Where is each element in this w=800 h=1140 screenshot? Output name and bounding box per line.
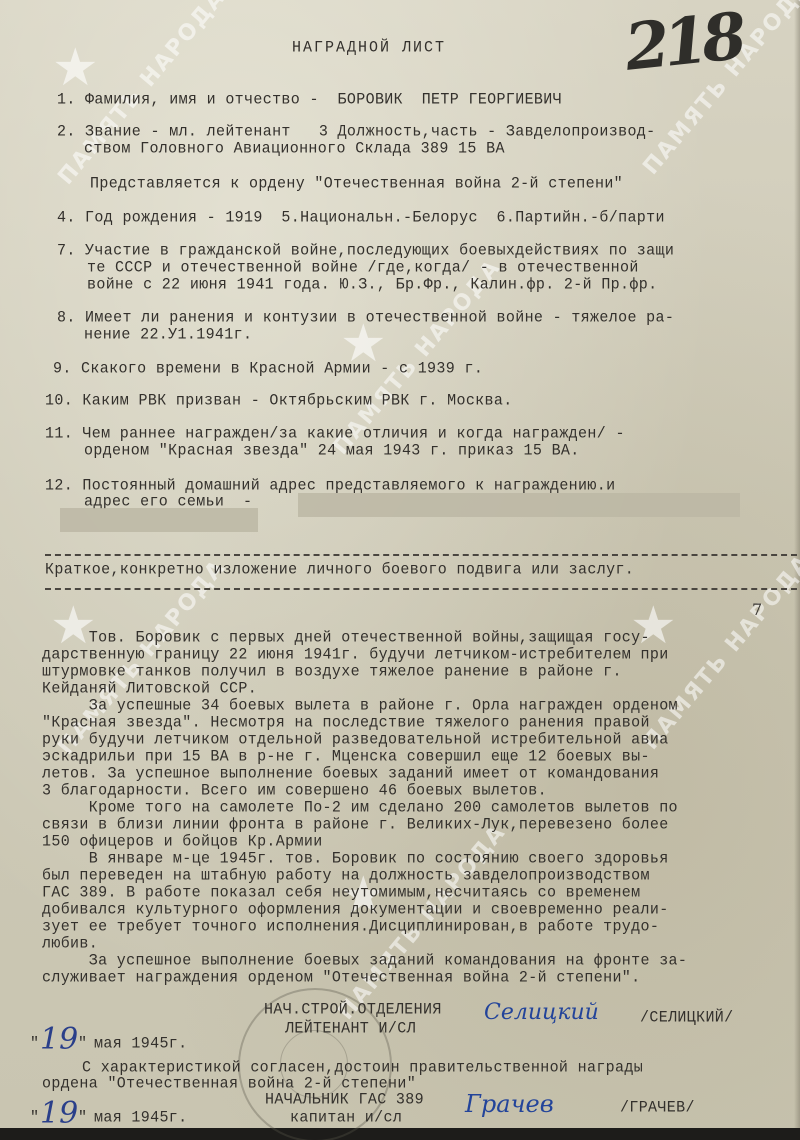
signer1-rank: ЛЕЙТЕНАНТ И/СЛ [285, 1021, 416, 1037]
signer1-signature: Селицкий [484, 1000, 599, 1025]
signer1-date: мая 1945г. [94, 1036, 188, 1052]
divider-bottom [45, 588, 797, 590]
narrative-line: штурмовке танков получил в воздухе тяжел… [42, 664, 622, 680]
signer2-date: мая 1945г. [94, 1110, 188, 1126]
signer2-date-day: 19 [40, 1096, 78, 1131]
field-birth-nationality-party: 4. Год рождения - 1919 5.Национальн.-Бел… [57, 210, 665, 226]
narrative-line: 3 благодарности. Всего им совершено 46 б… [42, 783, 547, 799]
approval-text: С характеристикой согласен,достоин прави… [82, 1060, 643, 1076]
field-drafted-by: 10. Каким РВК призван - Октябрьским РВК … [45, 393, 513, 409]
field-previous-awards: 11. Чем раннее награжден/за какие отличи… [45, 426, 625, 442]
divider-top [45, 554, 797, 556]
signer2-date-quote-open: " [30, 1110, 39, 1126]
redacted-address [298, 493, 740, 517]
signer2-rank: капитан и/сл [290, 1110, 402, 1126]
narrative-line: летов. За успешное выполнение боевых зад… [42, 766, 659, 782]
narrative-line: добивался культурного оформления докумен… [42, 902, 669, 918]
narrative-line: любив. [42, 936, 98, 952]
narrative-line: служивает награждения орденом "Отечестве… [42, 970, 641, 986]
narrative-line: 150 офицеров и бойцов Кр.Армии [42, 834, 323, 850]
narrative-line: Кейданяй Литовской ССР. [42, 681, 257, 697]
field-presented-to: Представляется к ордену "Отечественная в… [90, 176, 623, 192]
redacted-address [60, 508, 258, 532]
narrative-line: связи в близи линии фронта в районе г. В… [42, 817, 669, 833]
scan-bottom-border [0, 1128, 800, 1140]
field-participation-cont: войне с 22 июня 1941 года. Ю.З., Бр.Фр.,… [87, 277, 657, 293]
document-title: НАГРАДНОЙ ЛИСТ [292, 40, 446, 56]
signer1-position: НАЧ.СТРОЙ.ОТДЕЛЕНИЯ [264, 1002, 442, 1018]
signer2-position: НАЧАЛЬНИК ГАС 389 [265, 1092, 424, 1108]
narrative-line: был переведен на штабную работу на должн… [42, 868, 650, 884]
field-participation: 7. Участие в гражданской войне,последующ… [57, 243, 674, 259]
field-rank-position: 2. Звание - мл. лейтенант 3 Должность,ча… [57, 124, 656, 140]
signer1-date-quote-close: " [78, 1036, 87, 1052]
field-previous-awards-cont: орденом "Красная звезда" 24 мая 1943 г. … [84, 443, 580, 459]
narrative-line: За успешное выполнение боевых заданий ко… [42, 953, 687, 969]
field-wounds: 8. Имеет ли ранения и контузии в отечест… [57, 310, 674, 326]
narrative-line: эскадрильи при 15 ВА в р-не г. Мценска с… [42, 749, 650, 765]
narrative-line: зует ее требует точного исполнения.Дисци… [42, 919, 659, 935]
section-heading: Краткое,конкретно изложение личного боев… [45, 562, 634, 578]
signer2-signature: Грачев [465, 1090, 554, 1118]
narrative-line: "Красная звезда". Несмотря на последстви… [42, 715, 650, 731]
narrative-line: дарственную границу 22 июня 1941г. будуч… [42, 647, 669, 663]
narrative-line: За успешные 34 боевых вылета в районе г.… [42, 698, 678, 714]
field-wounds-cont: нение 22.У1.1941г. [84, 327, 252, 343]
field-participation-cont: те СССР и отечественной войне /где,когда… [87, 260, 639, 276]
signer1-date-quote-open: " [30, 1036, 39, 1052]
signer2-date-quote-close: " [78, 1110, 87, 1126]
field-rank-position-cont: ством Головного Авиационного Склада 389 … [84, 141, 505, 157]
field-full-name: 1. Фамилия, имя и отчество - БОРОВИК ПЕТ… [57, 92, 562, 108]
watermark-star-icon: ★ [52, 42, 99, 94]
signer2-typed-name: /ГРАЧЕВ/ [620, 1100, 695, 1116]
page-mark: 7 [752, 600, 762, 619]
field-home-address: 12. Постоянный домашний адрес представля… [45, 478, 615, 494]
narrative-line: Тов. Боровик с первых дней отечественной… [42, 630, 650, 646]
signer1-date-day: 19 [40, 1022, 78, 1057]
field-army-since: 9. Скакого времени в Красной Армии - с 1… [53, 361, 483, 377]
narrative-line: ГАС 389. В работе показал себя неутомимы… [42, 885, 641, 901]
narrative-line: В январе м-це 1945г. тов. Боровик по сос… [42, 851, 669, 867]
signer1-typed-name: /СЕЛИЦКИЙ/ [640, 1010, 734, 1026]
narrative-line: руки будучи летчиком отдельной разведова… [42, 732, 669, 748]
approval-text-cont: ордена "Отечественная война 2-й степени" [42, 1076, 416, 1092]
archive-number-handwritten: 218 [621, 0, 744, 86]
narrative-line: Кроме того на самолете По-2 им сделано 2… [42, 800, 678, 816]
